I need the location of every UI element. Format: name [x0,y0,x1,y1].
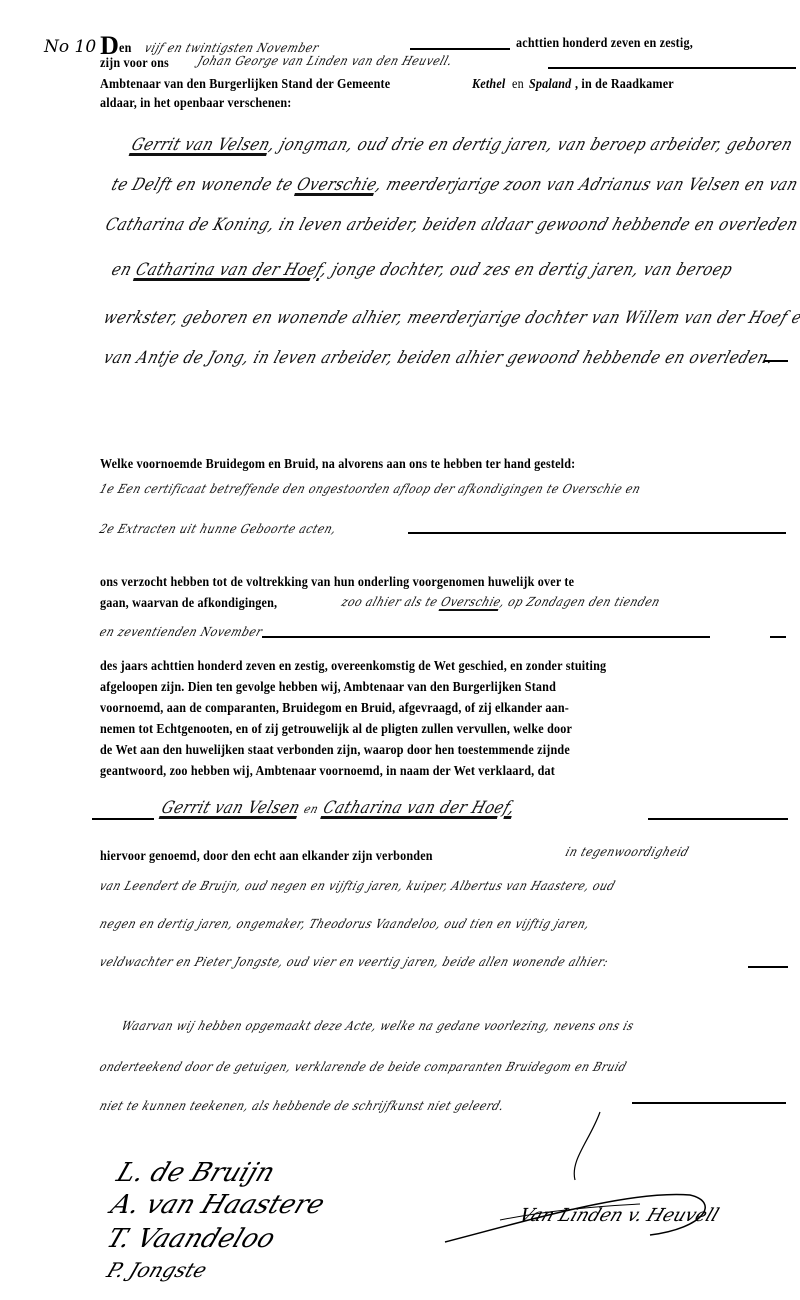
bride-name: Catharina van der Hoef [133,260,325,280]
bride-line-2: werkster, geboren en wonende alhier, mee… [101,310,800,327]
witness-line: van Leendert de Bruijn, oud negen en vij… [98,880,617,893]
printed-text: gaan, waarvan de afkondigingen, [100,596,277,609]
fill-rule [648,818,788,820]
printed-text: aldaar, in het openbaar verschenen: [100,96,291,109]
witness-signature: A. van Haastere [107,1190,329,1220]
groom-name: Gerrit van Velsen [129,135,273,155]
printed-text: , in de Raadkamer [575,77,674,90]
fill-rule [632,1102,786,1104]
printed-year: achttien honderd zeven en zestig, [516,36,693,49]
law-line: nemen tot Echtgenooten, en of zij getrou… [100,722,572,735]
banns-line: zoo alhier als te Overschie, op Zondagen… [340,596,662,609]
handwritten-text: werkster, geboren en wonende alhier, mee… [101,308,800,328]
groom-line-3: Catharina de Koning, in leven arbeider, … [103,217,800,234]
groom-line-2: te Delft en wonende te Overschie, meerde… [109,177,800,194]
law-line: de Wet aan den huwelijken staat verbonde… [100,743,570,756]
fill-rule [410,48,510,50]
law-line: geantwoord, zoo hebben wij, Ambtenaar vo… [100,764,555,777]
handwritten-text: van Antje de Jong, in leven arbeider, be… [101,348,776,368]
witness-line: veldwachter en Pieter Jongste, oud vier … [98,956,610,969]
bride-line-3: van Antje de Jong, in leven arbeider, be… [101,350,775,367]
place-kethel: Kethel [472,77,505,90]
fill-rule [262,636,710,638]
couple-bride: Catharina van der Hoef, [320,798,517,818]
closing-line: onderteekend door de getuigen, verklaren… [98,1061,628,1074]
witness-line: in tegenwoordigheid [564,846,691,859]
handwritten-text: , jonge dochter, oud zes en dertig jaren… [319,260,735,280]
printed-text: ons verzocht hebben tot de voltrekking v… [100,575,574,588]
groom-line-1: Gerrit van Velsen, jongman, oud drie en … [129,137,794,154]
printed-text: hiervoor genoemd, door den echt aan elka… [100,849,433,862]
place-spaland: Spaland [529,77,571,90]
fill-rule [92,818,154,820]
banns-place: Overschie [439,594,503,609]
fill-rule [764,360,788,362]
marriage-certificate-page: No 10 Den vijf en twintigsten November a… [0,0,800,1300]
handwritten-text: te Delft en wonende te [109,175,301,195]
couple-line: Gerrit van Velsen en Catharina van der H… [159,800,517,817]
printed-text: zijn voor ons [100,56,169,69]
signature-flourish-icon [350,1110,750,1300]
closing-line: Waarvan wij hebben opgemaakt deze Acte, … [120,1020,636,1033]
municipality-line: Ambtenaar van den Burgerlijken Stand der… [100,76,416,92]
witness-signature: P. Jongste [104,1258,211,1282]
fill-rule [770,636,786,638]
law-line: des jaars achttien honderd zeven en zest… [100,659,606,672]
handwritten-official-name: Johan George van Linden van den Heuvell. [196,55,454,68]
document-item-2: 2e Extracten uit hunne Geboorte acten, [98,523,338,536]
handwritten-text: , meerderjarige zoon van Adrianus van Ve… [373,175,800,195]
witness-signature: T. Vaandeloo [103,1224,280,1254]
municipality-names: Kethel en Spaland, in de Raadkamer [472,76,683,92]
law-line: voornoemd, aan de comparanten, Bruidegom… [100,701,569,714]
couple-groom: Gerrit van Velsen [159,798,303,818]
banns-dates: en zeventienden November [98,626,264,639]
bride-line-1: en Catharina van der Hoef, jonge dochter… [109,262,734,279]
printed-text: Ambtenaar van den Burgerlijken Stand der… [100,77,390,90]
handwritten-text: Catharina de Koning, in leven arbeider, … [103,215,800,235]
fill-rule [748,966,788,968]
fill-rule [548,67,796,69]
groom-residence: Overschie [294,175,379,195]
document-item-1: 1e Een certificaat betreffende den onges… [98,483,642,496]
fill-rule [408,532,786,534]
printed-text: Welke voornoemde Bruidegom en Bruid, na … [100,457,575,470]
act-number: No 10 [44,37,96,57]
handwritten-text: en [302,802,320,816]
printed-text: en [512,77,524,90]
handwritten-text: , op Zondagen den tienden [498,594,662,609]
handwritten-text: zoo alhier als te [340,594,444,609]
printed-text: en [119,41,132,54]
law-line: afgeloopen zijn. Dien ten gevolge hebben… [100,680,556,693]
handwritten-text: , jongman, oud drie en dertig jaren, van… [266,135,795,155]
witness-line: negen en dertig jaren, ongemaker, Theodo… [98,918,591,931]
witness-signature: L. de Bruijn [113,1158,279,1188]
